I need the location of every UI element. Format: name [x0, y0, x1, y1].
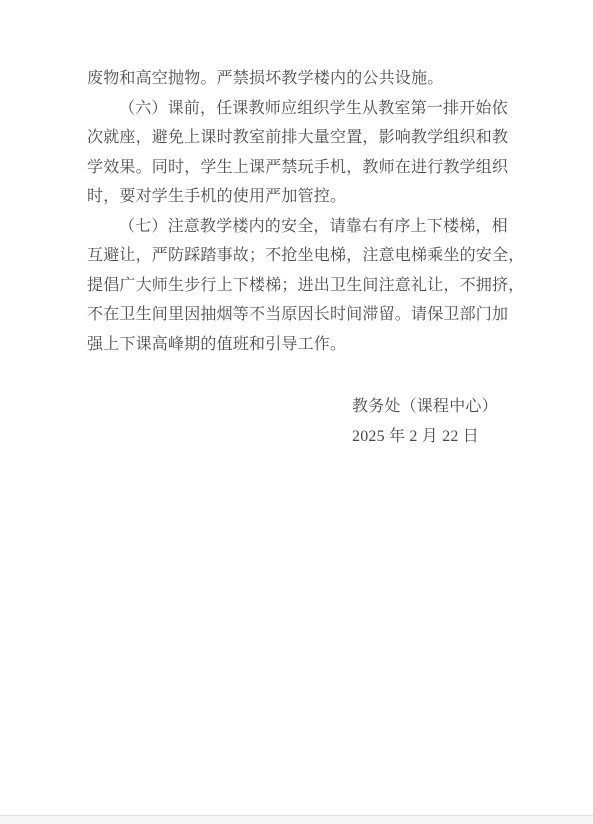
signature-date: 2025 年 2 月 22 日: [352, 422, 498, 452]
document-line: 次就座，避免上课时教室前排大量空置，影响教学组织和教: [87, 123, 507, 153]
document-line: 强上下课高峰期的值班和引导工作。: [87, 330, 507, 360]
document-page: 废物和高空抛物。严禁损坏教学楼内的公共设施。 （六）课前，任课教师应组织学生从教…: [0, 0, 593, 816]
document-line: 时，要对学生手机的使用严加管控。: [87, 182, 507, 212]
signature-block: 教务处（课程中心） 2025 年 2 月 22 日: [352, 392, 498, 452]
document-viewer: 废物和高空抛物。严禁损坏教学楼内的公共设施。 （六）课前，任课教师应组织学生从教…: [0, 0, 593, 824]
document-line: 学效果。同时，学生上课严禁玩手机，教师在进行教学组织: [87, 153, 507, 183]
document-line: 提倡广大师生步行上下楼梯；进出卫生间注意礼让，不拥挤，: [87, 271, 507, 301]
document-line: 废物和高空抛物。严禁损坏教学楼内的公共设施。: [87, 64, 507, 94]
document-line: 不在卫生间里因抽烟等不当原因长时间滞留。请保卫部门加: [87, 300, 507, 330]
document-line: （六）课前，任课教师应组织学生从教室第一排开始依: [87, 94, 507, 124]
document-body: 废物和高空抛物。严禁损坏教学楼内的公共设施。 （六）课前，任课教师应组织学生从教…: [87, 64, 507, 359]
document-line: 互避让，严防踩踏事故；不抢坐电梯，注意电梯乘坐的安全，: [87, 241, 507, 271]
document-line: （七）注意教学楼内的安全，请靠右有序上下楼梯，相: [87, 212, 507, 242]
signature-department: 教务处（课程中心）: [352, 392, 498, 422]
